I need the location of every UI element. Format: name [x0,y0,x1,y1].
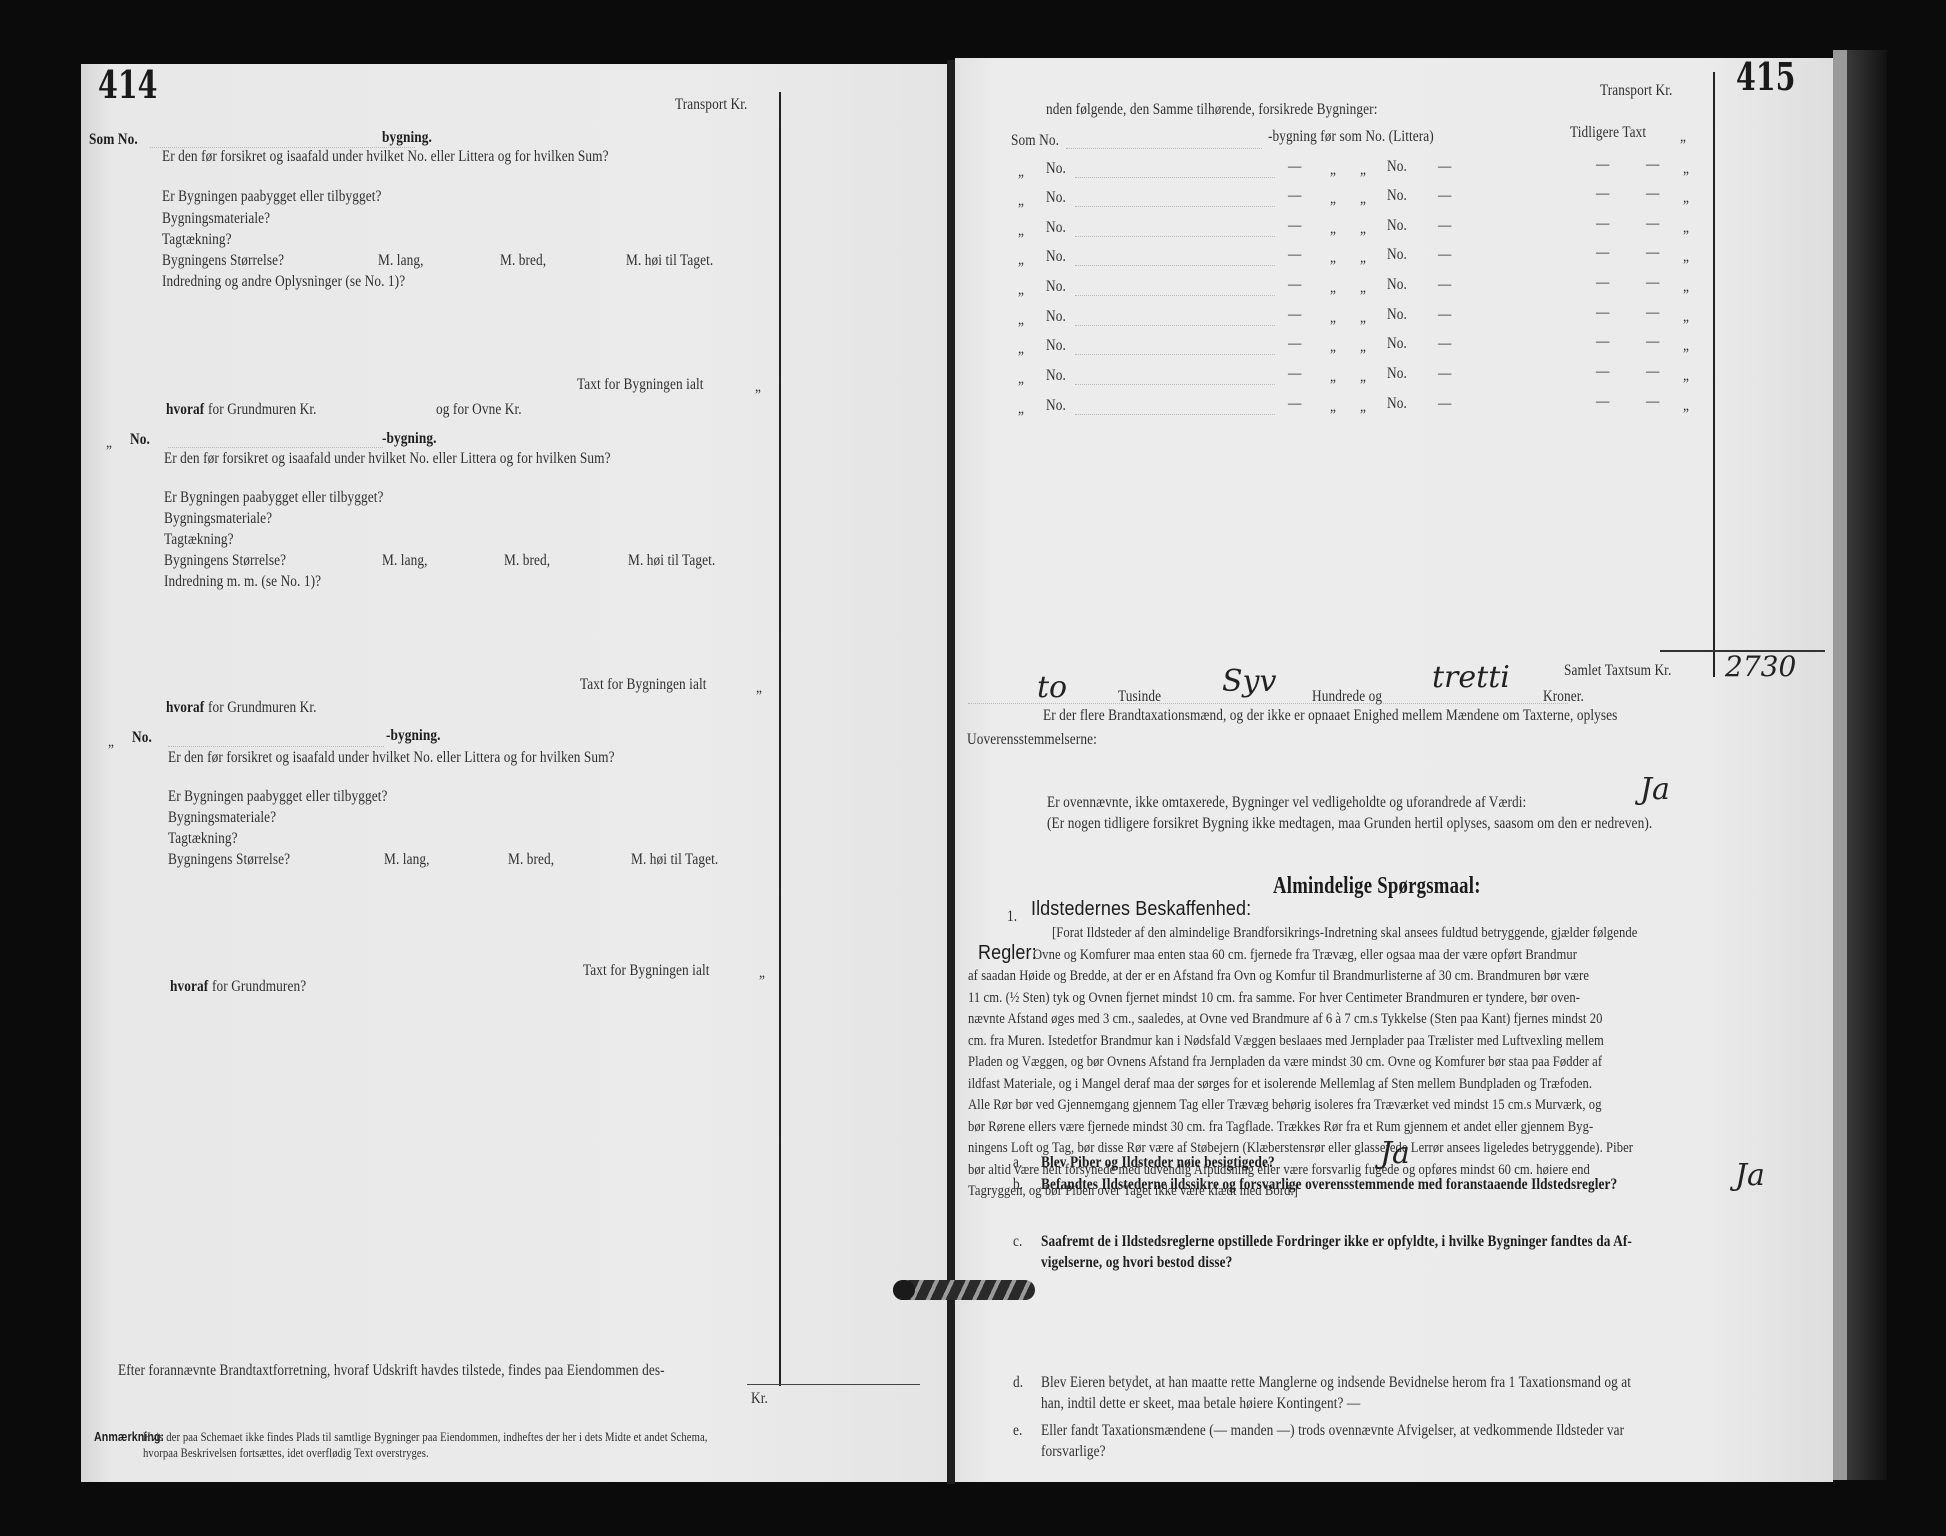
row-no: No. [1046,337,1066,355]
transport-label-left: Transport Kr. [675,96,747,114]
b3-q-extended: Er Bygningen paabygget eller tilbygget? [168,788,388,806]
row-mark: „ [1018,192,1024,210]
maintained-answer[interactable]: Ja [1640,772,1670,807]
row-no: No. [1046,308,1066,326]
b1-of-which: for Grundmuren Kr. [208,401,317,419]
row-end: „ [1683,278,1689,296]
b3-of-which: for Grundmuren? [212,978,306,996]
b1-prefix: Som No. [89,131,138,149]
row-dash-3: — [1596,333,1609,351]
row-dash-2: — [1438,276,1451,294]
b3-prefix: No. [132,729,152,747]
row-dash-1: — [1288,158,1301,176]
rules-line: Pladen og Væggen, og bør Ovnens Afstand … [968,1053,1602,1071]
b3-number-field[interactable] [168,745,384,747]
row-quote-2: „ [1360,368,1366,386]
row-dash-4: — [1646,333,1659,351]
row-no-2: No. [1387,365,1407,383]
row-dash-3: — [1596,393,1609,411]
rules-line: bør Rørene ellers være fjernede mindst 3… [968,1118,1593,1136]
row-dash-3: — [1596,274,1609,292]
note-line-2: hvorpaa Beskrivelsen fortsættes, idet ov… [143,1444,429,1462]
page-edge [1833,50,1847,1480]
rules-line: af saadan Høide og Bredde, at der er en … [968,967,1589,985]
b2-type-label: -bygning. [382,430,436,448]
row-quote-2: „ [1360,338,1366,356]
total-value[interactable]: 2730 [1725,650,1796,683]
row-no: No. [1046,278,1066,296]
b1-m-lang: M. lang, [378,252,423,270]
book-spine [947,60,955,1484]
row-quote-1: „ [1330,338,1336,356]
maintained-note: (Er nogen tidligere forsikret Bygning ik… [1047,815,1652,833]
b3-q-size: Bygningens Størrelse? [168,851,290,869]
question-answer[interactable]: Ja [1735,1158,1765,1193]
b2-q-material: Bygningsmateriale? [164,510,272,528]
question-letter: c. [1013,1233,1022,1251]
row-no-2: No. [1387,217,1407,235]
row-number-field[interactable] [1075,324,1275,326]
b3-q-material: Bygningsmateriale? [168,809,276,827]
b2-q-interior: Indredning m. m. (se No. 1)? [164,573,321,591]
question-text: Befandtes Ildstederne ildssikre og forsv… [1041,1176,1617,1194]
row-mark: „ [1018,281,1024,299]
row-dash-2: — [1438,335,1451,353]
b3-m-lang: M. lang, [384,851,429,869]
transport-label-right: Transport Kr. [1600,82,1672,100]
row-dash-3: — [1596,363,1609,381]
footer-kr: Kr. [751,1390,768,1408]
rules-line: Ovne og Komfurer maa enten staa 60 cm. f… [1033,946,1577,964]
row-no-2: No. [1387,187,1407,205]
b2-q-size: Bygningens Størrelse? [164,552,286,570]
row-no: No. [1046,160,1066,178]
maintained-question: Er ovennævnte, ikke omtaxerede, Bygninge… [1047,794,1526,812]
row-end: „ [1683,397,1689,415]
b3-of-which-bold: hvoraf [170,978,208,996]
row-number-field[interactable] [1075,413,1275,415]
row-dash-3: — [1596,244,1609,262]
b2-tax-total: Taxt for Bygningen ialt [580,676,707,694]
footer-sum-line [747,1384,920,1385]
header-bygning: -bygning før som No. (Littera) [1268,128,1434,146]
hundreds-handwritten[interactable]: Syv [1222,664,1276,699]
row-dash-2: — [1438,158,1451,176]
general-heading: Almindelige Spørgsmaal: [1273,877,1481,895]
question-text: Eller fandt Taxationsmændene (— manden —… [1041,1422,1624,1440]
question-text: Saafremt de i Ildstedsreglerne opstilled… [1041,1233,1632,1251]
rules-label: Regler: [978,944,1037,962]
row-dash-4: — [1646,393,1659,411]
b1-m-bred: M. bred, [500,252,546,270]
header-mark: „ [1680,128,1686,146]
row-no-2: No. [1387,276,1407,294]
row-quote-1: „ [1330,398,1336,416]
row-dash-3: — [1596,304,1609,322]
row-no: No. [1046,248,1066,266]
row-dash-4: — [1646,244,1659,262]
row-quote-2: „ [1360,190,1366,208]
b3-tax-total: Taxt for Bygningen ialt [583,962,710,980]
b3-m-bred: M. bred, [508,851,554,869]
intro-text: nden følgende, den Samme tilhørende, for… [1046,101,1377,119]
row-dash-1: — [1288,306,1301,324]
row-no: No. [1046,219,1066,237]
row-end: „ [1683,160,1689,178]
row-no-2: No. [1387,395,1407,413]
page-number-right: 415 [1736,54,1795,99]
row-number-field[interactable] [1075,176,1275,178]
row-dash-2: — [1438,217,1451,235]
row-end: „ [1683,189,1689,207]
disagreement-line-1: Er der flere Brandtaxationsmænd, og der … [1043,707,1617,725]
row-dash-3: — [1596,185,1609,203]
b1-type-label: bygning. [382,129,432,147]
row-dash-1: — [1288,187,1301,205]
row-quote-1: „ [1330,368,1336,386]
row-no-2: No. [1387,158,1407,176]
row-no-2: No. [1387,246,1407,264]
row-quote-2: „ [1360,309,1366,327]
question-letter: e. [1013,1422,1022,1440]
b2-of-which: for Grundmuren Kr. [208,699,317,717]
row-dash-1: — [1288,276,1301,294]
row-dash-4: — [1646,156,1659,174]
row-mark: „ [1018,400,1024,418]
row-no: No. [1046,397,1066,415]
row-number-field[interactable] [1075,294,1275,296]
b1-tax-mark: „ [755,378,761,396]
b1-tax-total: Taxt for Bygningen ialt [577,376,704,394]
row-number-field[interactable] [1075,383,1275,385]
b3-q-roof: Tagtækning? [168,830,238,848]
b3-prefix-mark: „ [108,733,114,751]
row-mark: „ [1018,311,1024,329]
b2-of-which-bold: hvoraf [166,699,204,717]
row-quote-2: „ [1360,398,1366,416]
row-quote-1: „ [1330,309,1336,327]
row-dash-4: — [1646,274,1659,292]
row-dash-4: — [1646,304,1659,322]
row-dash-1: — [1288,246,1301,264]
b1-q-material: Bygningsmateriale? [162,210,270,228]
row-dash-2: — [1438,365,1451,383]
thousands-handwritten[interactable]: to [1037,670,1067,705]
b3-m-hoi: M. høi til Taget. [631,851,718,869]
row-dash-2: — [1438,246,1451,264]
b2-prefix-mark: „ [106,434,112,452]
row-number-field[interactable] [1075,264,1275,266]
row-number-field[interactable] [1075,235,1275,237]
row-mark: „ [1018,370,1024,388]
question-letter: d. [1013,1374,1023,1392]
b1-q-roof: Tagtækning? [162,231,232,249]
row-dash-3: — [1596,156,1609,174]
header-som-no: Som No. [1011,132,1059,150]
row-end: „ [1683,308,1689,326]
total-label: Samlet Taxtsum Kr. [1564,662,1671,680]
b2-m-hoi: M. høi til Taget. [628,552,715,570]
b2-m-bred: M. bred, [504,552,550,570]
row-end: „ [1683,337,1689,355]
b2-number-field[interactable] [168,446,383,448]
row-no-2: No. [1387,306,1407,324]
question-letter: a. [1013,1154,1022,1172]
b1-q-size: Bygningens Størrelse? [162,252,284,270]
row-dash-4: — [1646,185,1659,203]
section1-number: 1. [1007,908,1017,926]
question-letter: b. [1013,1176,1023,1194]
row-number-field[interactable] [1075,205,1275,207]
amount-column-line-right [1713,72,1715,677]
row-quote-1: „ [1330,279,1336,297]
row-dash-3: — [1596,215,1609,233]
row-end: „ [1683,219,1689,237]
rules-line: 11 cm. (½ Sten) tyk og Ovnen fjernet min… [968,989,1580,1007]
header-number-field[interactable] [1066,147,1262,149]
row-quote-2: „ [1360,249,1366,267]
row-mark: „ [1018,163,1024,181]
header-tidligere: Tidligere Taxt [1570,124,1646,142]
question-text-cont: han, indtil dette er skeet, maa betale h… [1041,1395,1360,1413]
b1-of-which-bold: hvoraf [166,401,204,419]
question-text: Blev Eieren betydet, at han maatte rette… [1041,1374,1631,1392]
rules-line: Alle Rør bør ved Gjennemgang gjennem Tag… [968,1096,1602,1114]
b2-prefix: No. [130,431,150,449]
row-quote-1: „ [1330,190,1336,208]
row-quote-1: „ [1330,161,1336,179]
row-quote-1: „ [1330,249,1336,267]
b1-q-extended: Er Bygningen paabygget eller tilbygget? [162,188,382,206]
b2-q-extended: Er Bygningen paabygget eller tilbygget? [164,489,384,507]
question-text-cont: forsvarlige? [1041,1443,1106,1461]
row-number-field[interactable] [1075,353,1275,355]
page-number-left: 414 [98,62,157,107]
row-quote-2: „ [1360,220,1366,238]
row-mark: „ [1018,340,1024,358]
b2-m-lang: M. lang, [382,552,427,570]
row-dash-1: — [1288,217,1301,235]
amount-words-line [968,702,1568,704]
rules-line: ildfast Materiale, og i Mangel deraf maa… [968,1075,1592,1093]
footer-text: Efter forannævnte Brandtaxtforretning, h… [118,1362,665,1380]
row-dash-2: — [1438,395,1451,413]
disagreement-line-2: Uoverensstemmelserne: [967,731,1097,749]
question-text-cont: vigelserne, og hvori bestod disse? [1041,1254,1232,1272]
rules-line: [Forat Ildsteder af den almindelige Bran… [1052,924,1637,942]
b2-q-insured: Er den før forsikret og isaafald under h… [164,450,611,468]
row-end: „ [1683,248,1689,266]
binding-clip [893,1280,1035,1300]
row-dash-2: — [1438,306,1451,324]
b2-q-roof: Tagtækning? [164,531,234,549]
row-dash-1: — [1288,365,1301,383]
b1-ovne: og for Ovne Kr. [436,401,522,419]
binding-shadow [1847,50,1887,1480]
question-text: Blev Piber og Ildsteder nøie besigtigede… [1041,1154,1275,1172]
row-no: No. [1046,189,1066,207]
b3-tax-mark: „ [759,964,765,982]
b2-tax-mark: „ [756,679,762,697]
rules-line: cm. fra Muren. Istedetfor Brandmur kan i… [968,1032,1604,1050]
row-no-2: No. [1387,335,1407,353]
row-no: No. [1046,367,1066,385]
amount-column-line-left [779,92,781,1386]
row-dash-4: — [1646,363,1659,381]
b1-q-insured: Er den før forsikret og isaafald under h… [162,148,609,166]
b3-q-insured: Er den før forsikret og isaafald under h… [168,749,615,767]
b1-m-hoi: M. høi til Taget. [626,252,713,270]
row-dash-1: — [1288,395,1301,413]
row-quote-2: „ [1360,279,1366,297]
row-mark: „ [1018,251,1024,269]
b1-q-interior: Indredning og andre Oplysninger (se No. … [162,273,405,291]
rules-line: nævnte Afstand øges med 3 cm., saaledes,… [968,1010,1603,1028]
section1-title: Ildstedernes Beskaffenhed: [1031,900,1251,918]
row-quote-1: „ [1330,220,1336,238]
rest-handwritten[interactable]: tretti [1432,660,1510,695]
question-answer[interactable]: Ja [1380,1136,1410,1171]
b3-type-label: -bygning. [386,727,440,745]
row-quote-2: „ [1360,161,1366,179]
row-dash-1: — [1288,335,1301,353]
row-mark: „ [1018,222,1024,240]
row-dash-4: — [1646,215,1659,233]
row-end: „ [1683,367,1689,385]
row-dash-2: — [1438,187,1451,205]
